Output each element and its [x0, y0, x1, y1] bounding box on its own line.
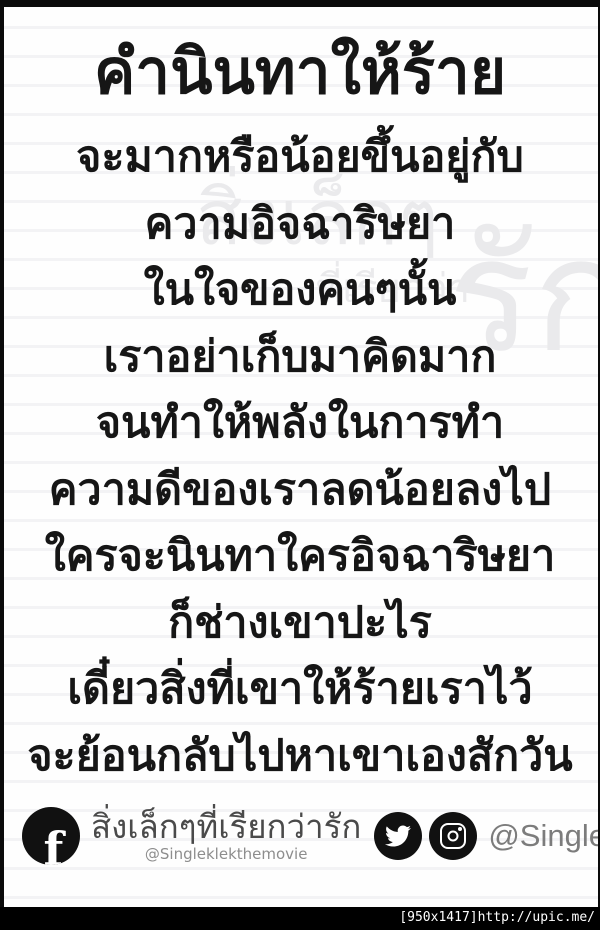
quote-line: จะย้อนกลับไปหาเขาเองสักวัน — [0, 723, 600, 790]
footer: f สิ่งเล็กๆที่เรียกว่ารัก @Singleklekthe… — [0, 794, 600, 878]
facebook-f-glyph: f — [43, 826, 63, 865]
twitter-icon — [374, 812, 422, 860]
instagram-flash-dot — [458, 827, 462, 831]
quote-line: ใครจะนินทาใครอิจฉาริษยา — [0, 523, 600, 590]
quote-line: เดี๋ยวสิ่งที่เขาให้ร้ายเราไว้ — [0, 656, 600, 723]
facebook-text-block: สิ่งเล็กๆที่เรียกว่ารัก @Singleklekthemo… — [91, 809, 361, 863]
instagram-camera-icon — [440, 823, 466, 849]
quote-title: คำนินทาให้ร้าย — [0, 20, 600, 124]
twitter-bird-icon — [385, 823, 411, 849]
watermark-bar: [950x1417]http://upic.me/ — [0, 907, 600, 930]
quote-line: เราอย่าเก็บมาคิดมาก — [0, 324, 600, 391]
quote-line: ความอิจฉาริษยา — [0, 191, 600, 258]
social-handle: @SingleklekTH — [488, 818, 600, 854]
quote-line: ก็ช่างเขาปะไร — [0, 590, 600, 657]
watermark-text: [950x1417]http://upic.me/ — [399, 910, 595, 925]
facebook-page-name: สิ่งเล็กๆที่เรียกว่ารัก — [91, 809, 361, 845]
frame-left-edge — [0, 0, 4, 930]
quote-line: จนทำให้พลังในการทำ — [0, 390, 600, 457]
quote-line: ความดีของเราลดน้อยลงไป — [0, 457, 600, 524]
frame-top-edge — [0, 0, 600, 7]
facebook-handle: @Singleklekthemovie — [91, 845, 361, 863]
quote-line: ในใจของคนๆนั้น — [0, 257, 600, 324]
quote-block: คำนินทาให้ร้าย จะมากหรือน้อยขึ้นอยู่กับ … — [0, 0, 600, 789]
facebook-icon: f — [22, 807, 80, 865]
quote-line: จะมากหรือน้อยขึ้นอยู่กับ — [0, 124, 600, 191]
instagram-lens — [448, 831, 459, 842]
instagram-icon — [429, 812, 477, 860]
